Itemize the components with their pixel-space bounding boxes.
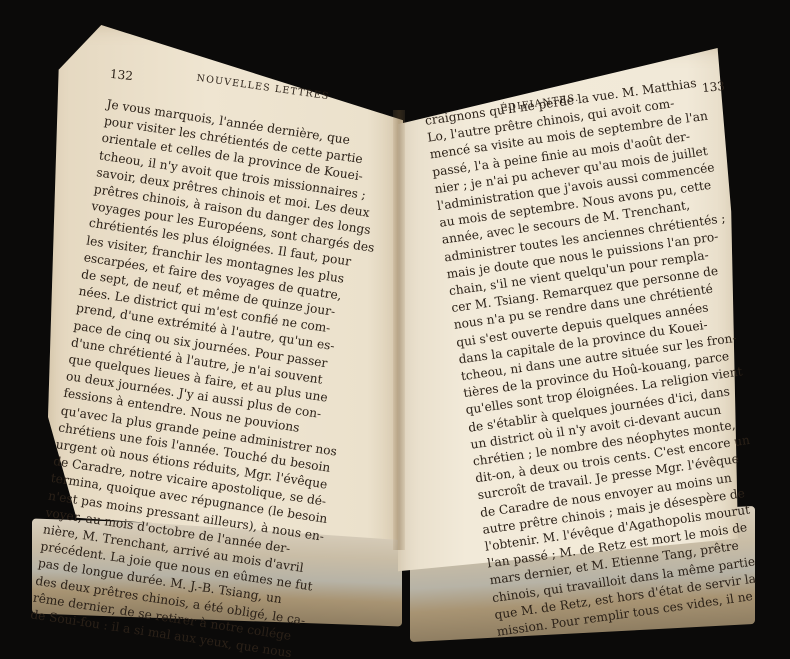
left-page-number: 132 xyxy=(109,67,133,83)
book-gutter xyxy=(393,110,405,550)
open-book-photo: 132 NOUVELLES LETTRES ÉDIFIANTES. 133 Je… xyxy=(0,0,790,659)
